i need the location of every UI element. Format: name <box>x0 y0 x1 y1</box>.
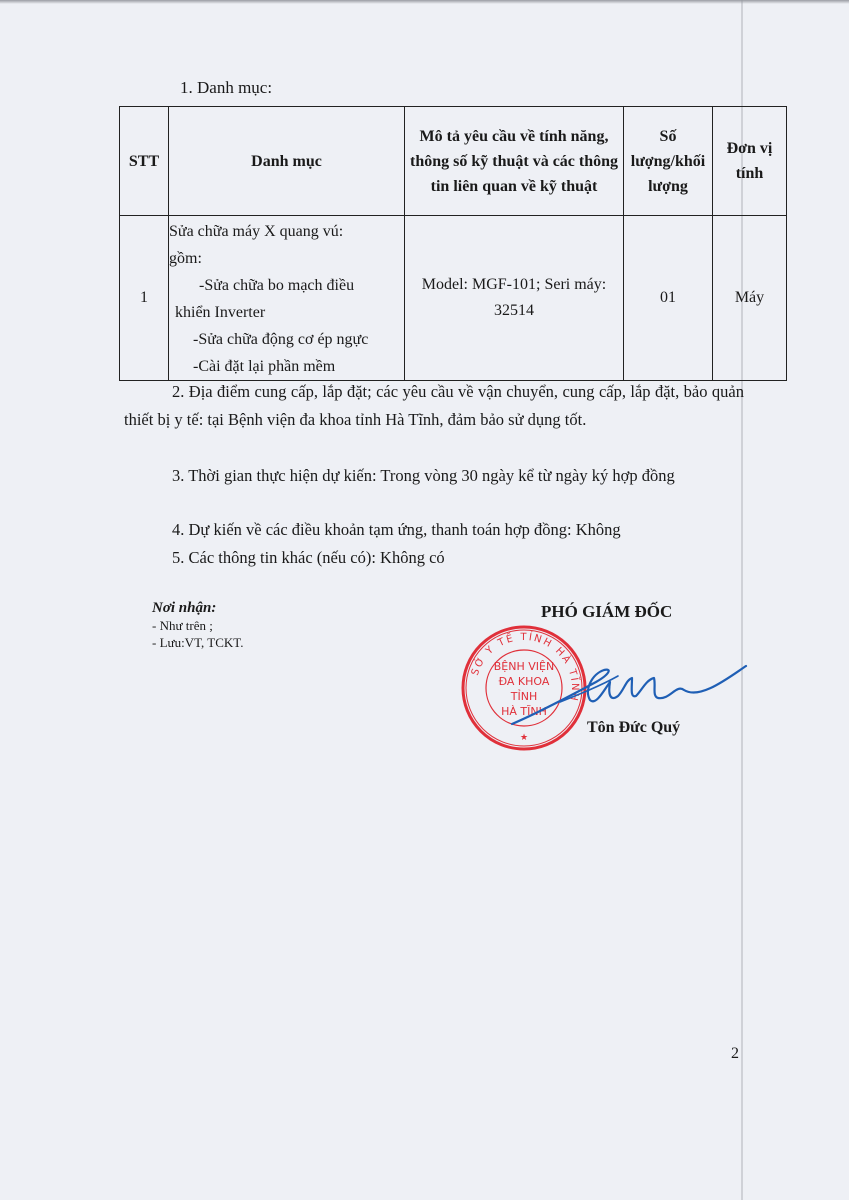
item-line: -Sửa chữa bo mạch điều <box>169 272 404 299</box>
signer-name: Tôn Đức Quý <box>587 719 680 737</box>
svg-text:★: ★ <box>520 732 528 742</box>
recipient-item: - Lưu:VT, TCKT. <box>152 634 244 651</box>
recipient-item: - Như trên ; <box>152 617 244 634</box>
paragraph-location: 2. Địa điểm cung cấp, lắp đặt; các yêu c… <box>124 378 744 434</box>
page-number: 2 <box>731 1045 739 1063</box>
item-line: -Cài đặt lại phần mềm <box>169 353 404 380</box>
paragraph-timeline: 3. Thời gian thực hiện dự kiến: Trong vò… <box>124 462 744 490</box>
table-header-row: STT Danh mục Mô tả yêu cầu về tính năng,… <box>120 107 787 216</box>
recipients-block: Nơi nhận: - Như trên ; - Lưu:VT, TCKT. <box>152 600 244 651</box>
section-heading: 1. Danh mục: <box>180 78 272 98</box>
cell-quantity: 01 <box>624 216 713 381</box>
cell-unit: Máy <box>713 216 787 381</box>
signer-title: PHÓ GIÁM ĐỐC <box>541 602 672 622</box>
paragraph-payment: 4. Dự kiến về các điều khoản tạm ứng, th… <box>124 516 744 544</box>
header-unit: Đơn vị tính <box>713 107 787 216</box>
item-line: -Sửa chữa động cơ ép ngực <box>169 326 404 353</box>
item-line: gồm: <box>169 245 404 272</box>
header-quantity: Số lượng/khối lượng <box>624 107 713 216</box>
scan-edge-shadow <box>0 0 849 4</box>
item-line: Sửa chữa máy X quang vú: <box>169 218 404 245</box>
item-line: khiển Inverter <box>169 299 404 326</box>
cell-stt: 1 <box>120 216 169 381</box>
table-row: 1 Sửa chữa máy X quang vú: gồm: -Sửa chữ… <box>120 216 787 381</box>
paragraph-other-info: 5. Các thông tin khác (nếu có): Không có <box>124 544 744 572</box>
header-stt: STT <box>120 107 169 216</box>
cell-description: Model: MGF-101; Seri máy: 32514 <box>405 216 624 381</box>
items-table: STT Danh mục Mô tả yêu cầu về tính năng,… <box>119 106 787 381</box>
header-item: Danh mục <box>169 107 405 216</box>
cell-item: Sửa chữa máy X quang vú: gồm: -Sửa chữa … <box>169 216 405 381</box>
header-description: Mô tả yêu cầu về tính năng, thông số kỹ … <box>405 107 624 216</box>
recipients-title: Nơi nhận: <box>152 600 244 617</box>
